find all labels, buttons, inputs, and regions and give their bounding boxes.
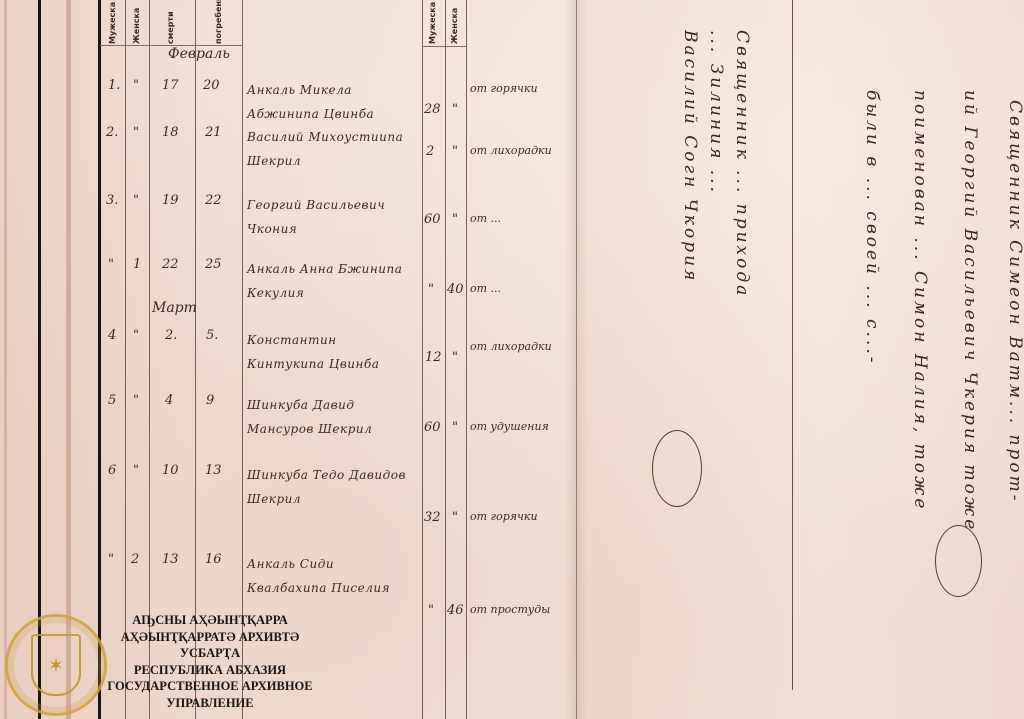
burial-day: 16 — [205, 552, 222, 567]
female-no: " — [133, 125, 139, 140]
cause-of-death: от горячки — [470, 82, 538, 95]
coat-of-arms-icon: ✶ — [31, 634, 81, 696]
death-day: 10 — [162, 463, 179, 478]
cause-of-death: от удушения — [470, 420, 549, 433]
deceased-name: Анкаль Микела Абжинипа Цвинба — [247, 78, 417, 126]
death-day: 22 — [162, 257, 179, 272]
signature-text-line: Василий Согн Чкория — [680, 30, 700, 590]
male-no: 5 — [108, 393, 116, 408]
age-female: " — [452, 102, 458, 117]
column-rule — [445, 0, 446, 719]
age-female: " — [452, 350, 458, 365]
deceased-name: Василий Михоустиипа Шекрил — [247, 125, 417, 173]
deceased-name: Шинкуба Тедо Давидов Шекрил — [247, 463, 417, 511]
month-label: Февраль — [168, 46, 230, 62]
cause-of-death: от ... — [470, 212, 501, 225]
signature-text-line: ... Зилиния ... — [706, 30, 726, 630]
death-day: 2. — [165, 328, 177, 343]
watermark-line: АҲӘЫНҬҚАРРАТӘ АРХИВТӘ — [100, 629, 320, 646]
cause-of-death: от горячки — [470, 510, 538, 523]
female-no: 1 — [133, 257, 141, 272]
male-no: 3. — [106, 193, 118, 208]
male-no: " — [108, 552, 114, 567]
cause-of-death: от лихорадки — [470, 144, 552, 157]
page-edge — [66, 0, 71, 719]
female-no: " — [133, 393, 139, 408]
death-day: 4 — [165, 393, 173, 408]
header-rule — [422, 46, 467, 47]
signature-flourish — [652, 430, 702, 507]
death-day: 19 — [162, 193, 179, 208]
age-male: 12 — [425, 350, 442, 365]
burial-day: 13 — [205, 463, 222, 478]
archive-watermark: АҦСНЫ АҲӘЫНҬҚАРРА АҲӘЫНҬҚАРРАТӘ АРХИВТӘ … — [100, 612, 320, 711]
signature-flourish — [935, 525, 982, 597]
male-no: 1. — [108, 78, 120, 93]
age-male: 2 — [426, 144, 434, 159]
burial-day: 22 — [205, 193, 222, 208]
header-female: Женска — [132, 4, 141, 44]
female-no: 2 — [131, 552, 139, 567]
age-male: 32 — [424, 510, 441, 525]
watermark-line: ГОСУДАРСТВЕННОЕ АРХИВНОЕ — [100, 678, 320, 695]
age-male: 60 — [424, 212, 441, 227]
death-day: 13 — [162, 552, 179, 567]
age-male: 28 — [424, 102, 441, 117]
watermark-line: АҦСНЫ АҲӘЫНҬҚАРРА — [100, 612, 320, 629]
female-no: " — [133, 193, 139, 208]
header-burial: погребения — [214, 4, 223, 44]
burial-day: 9 — [206, 393, 214, 408]
burial-day: 20 — [203, 78, 220, 93]
month-label: Март — [152, 300, 197, 316]
column-rule — [466, 0, 467, 719]
watermark-line: РЕСПУБЛИКА АБХАЗИЯ — [100, 662, 320, 679]
age-male: " — [428, 282, 434, 297]
age-male: " — [428, 603, 434, 618]
male-no: 4 — [108, 328, 116, 343]
death-day: 17 — [162, 78, 179, 93]
archive-seal-icon: ✶ — [5, 614, 107, 716]
deceased-name: Шинкуба Давид Мансуров Шекрил — [247, 393, 417, 441]
page-edge-dark — [38, 0, 41, 719]
right-text-line: были в ... своей ... с...- — [862, 90, 882, 530]
right-text-line: Священник Симеон Ватм... прот- — [1005, 100, 1024, 660]
deceased-name: Анкаль Анна Бжинипа Кекулия — [247, 257, 417, 305]
burial-day: 25 — [205, 257, 222, 272]
age-female: " — [452, 144, 458, 159]
watermark-line: УПРАВЛЕНИЕ — [100, 695, 320, 712]
age-female: " — [452, 510, 458, 525]
header-female-age: Женска — [450, 4, 459, 44]
age-male: 60 — [424, 420, 441, 435]
header-death: смерти — [166, 4, 175, 44]
burial-day: 21 — [205, 125, 222, 140]
column-rule — [422, 0, 423, 719]
column-rule — [792, 0, 793, 690]
age-female: " — [452, 212, 458, 227]
male-no: " — [108, 257, 114, 272]
right-text-line: поименован ... Симон Налия, тоже — [910, 90, 930, 590]
deceased-name: Константин Кинтукипа Цвинба — [247, 328, 417, 376]
age-female: " — [452, 420, 458, 435]
page-edge — [4, 0, 7, 719]
age-female: 46 — [447, 603, 464, 618]
signature-text-line: Священник ... прихода — [732, 30, 752, 650]
cause-of-death: от простуды — [470, 603, 550, 616]
header-male: Мужеска — [108, 4, 117, 44]
male-no: 6 — [108, 463, 116, 478]
age-female: 40 — [447, 282, 464, 297]
cause-of-death: от ... — [470, 282, 501, 295]
watermark-line: УСБАРҬА — [100, 645, 320, 662]
burial-day: 5. — [206, 328, 218, 343]
header-male-age: Мужеска — [428, 4, 437, 44]
female-no: " — [133, 78, 139, 93]
male-no: 2. — [106, 125, 118, 140]
deceased-name: Анкаль Сиди Квалбахипа Писелия — [247, 552, 417, 600]
death-day: 18 — [162, 125, 179, 140]
cause-of-death: от лихорадки — [470, 340, 552, 353]
female-no: " — [133, 463, 139, 478]
female-no: " — [133, 328, 139, 343]
deceased-name: Георгий Васильевич Чкония — [247, 193, 417, 241]
column-rule — [576, 0, 577, 719]
